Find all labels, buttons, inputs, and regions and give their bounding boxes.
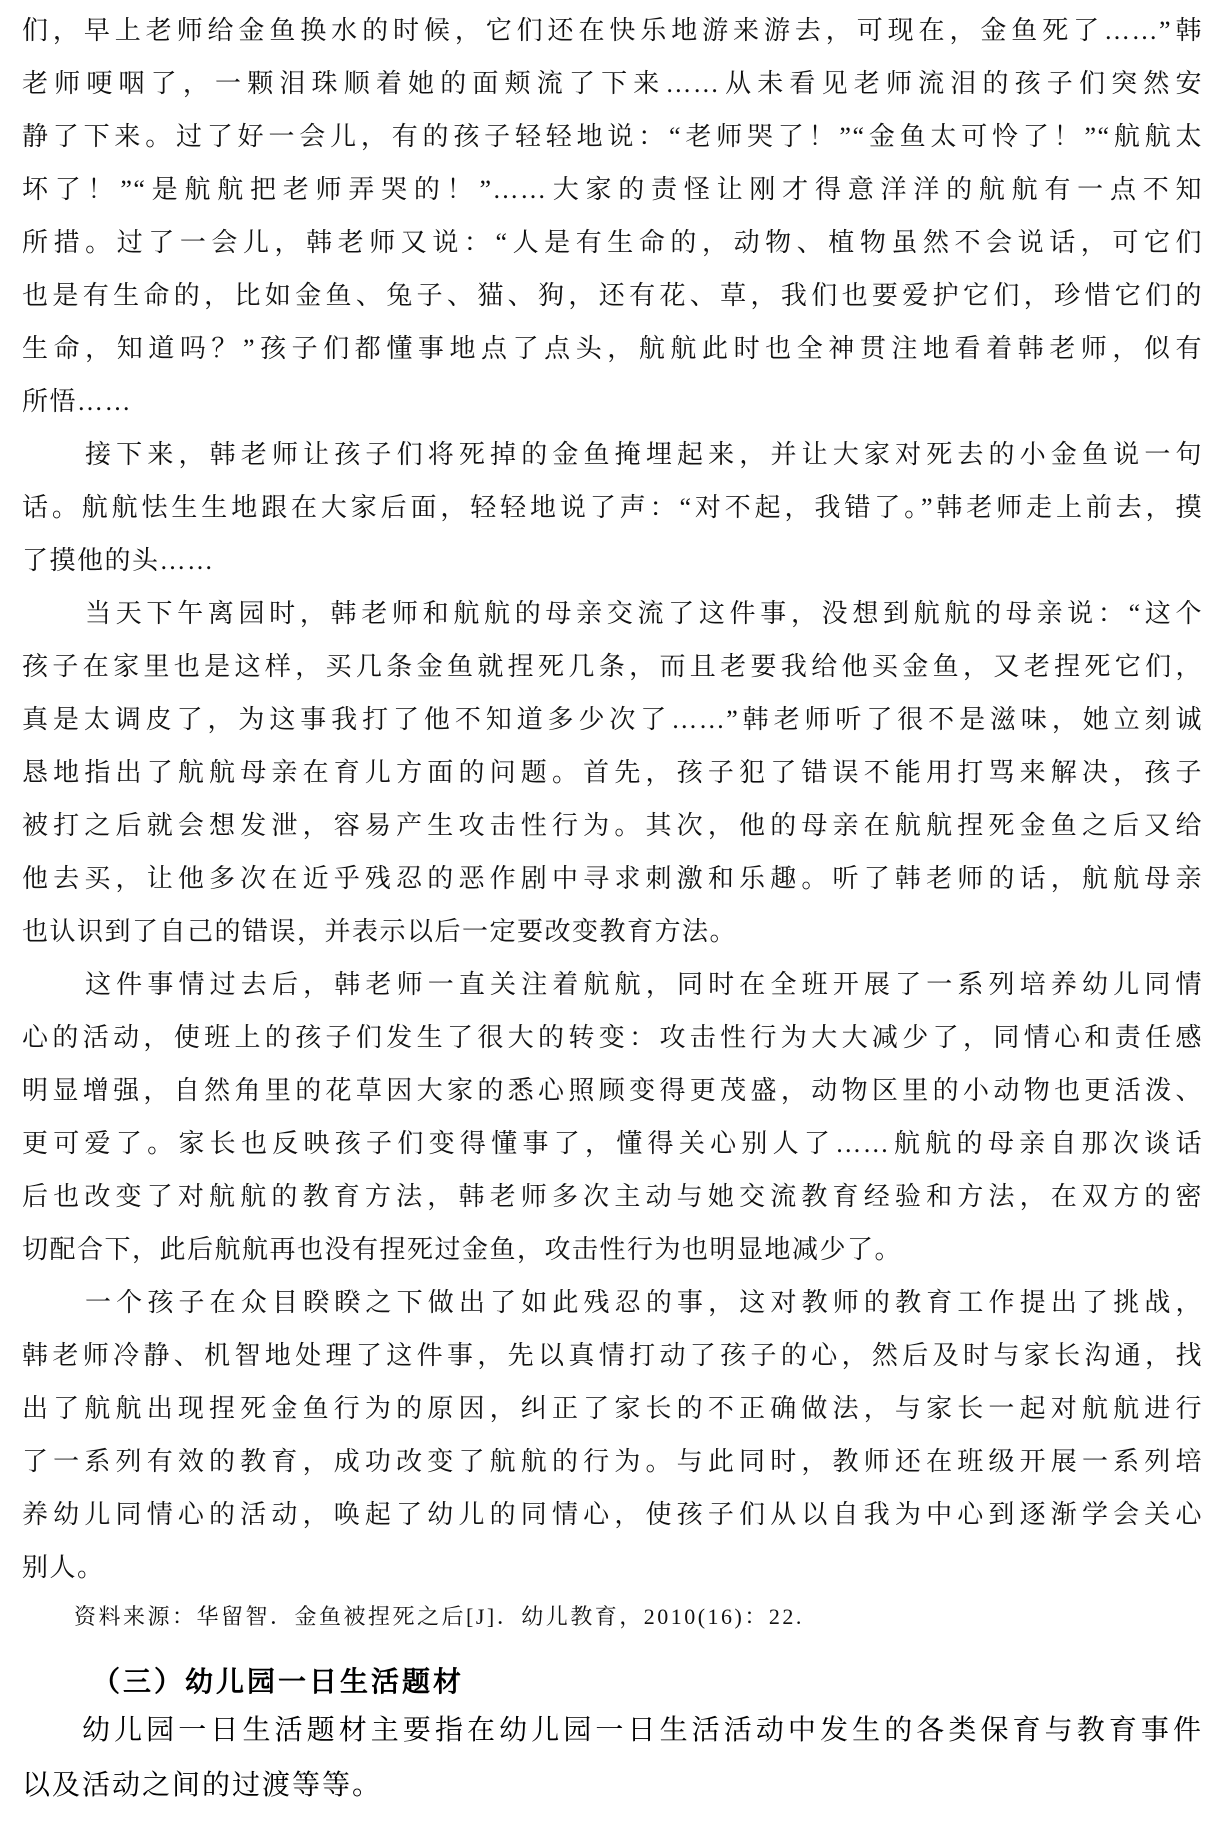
body-line: 所悟…… xyxy=(22,375,1203,428)
paragraph-4: 这件事情过去后，韩老师一直关注着航航，同时在全班开展了一系列培养幼儿同情 心的活… xyxy=(22,958,1203,1276)
body-line: 后也改变了对航航的教育方法，韩老师多次主动与她交流教育经验和方法，在双方的密 xyxy=(22,1170,1203,1223)
body-line: 了摸他的头…… xyxy=(22,534,1203,587)
body-line: 别人。 xyxy=(22,1541,1203,1594)
document-page: 们，早上老师给金鱼换水的时候，它们还在快乐地游来游去，可现在，金鱼死了……”韩 … xyxy=(0,0,1222,1825)
source-citation: 资料来源：华留智．金鱼被捏死之后[J]．幼儿教育，2010(16)：22. xyxy=(74,1590,804,1643)
body-line: 心的活动，使班上的孩子们发生了很大的转变：攻击性行为大大减少了，同情心和责任感 xyxy=(22,1011,1203,1064)
body-line: 们，早上老师给金鱼换水的时候，它们还在快乐地游来游去，可现在，金鱼死了……”韩 xyxy=(22,4,1203,57)
body-line: 接下来，韩老师让孩子们将死掉的金鱼掩埋起来，并让大家对死去的小金鱼说一句 xyxy=(22,428,1203,481)
body-line: 静了下来。过了好一会儿，有的孩子轻轻地说：“老师哭了！”“金鱼太可怜了！”“航航… xyxy=(22,110,1203,163)
body-line: 以及活动之间的过渡等等。 xyxy=(22,1758,1203,1813)
body-line: 出了航航出现捏死金鱼行为的原因，纠正了家长的不正确做法，与家长一起对航航进行 xyxy=(22,1382,1203,1435)
body-line: 坏了！”“是航航把老师弄哭的！”……大家的责怪让刚才得意洋洋的航航有一点不知 xyxy=(22,163,1203,216)
body-line: 也是有生命的，比如金鱼、兔子、猫、狗，还有花、草，我们也要爱护它们，珍惜它们的 xyxy=(22,269,1203,322)
paragraph-3: 当天下午离园时，韩老师和航航的母亲交流了这件事，没想到航航的母亲说：“这个 孩子… xyxy=(22,587,1203,958)
paragraph-1: 们，早上老师给金鱼换水的时候，它们还在快乐地游来游去，可现在，金鱼死了……”韩 … xyxy=(22,4,1203,428)
body-line: 所措。过了一会儿，韩老师又说：“人是有生命的，动物、植物虽然不会说话，可它们 xyxy=(22,216,1203,269)
body-line: 这件事情过去后，韩老师一直关注着航航，同时在全班开展了一系列培养幼儿同情 xyxy=(22,958,1203,1011)
case-study-body: 们，早上老师给金鱼换水的时候，它们还在快乐地游来游去，可现在，金鱼死了……”韩 … xyxy=(22,4,1203,1594)
paragraph-2: 接下来，韩老师让孩子们将死掉的金鱼掩埋起来，并让大家对死去的小金鱼说一句 话。航… xyxy=(22,428,1203,587)
body-line: 生命，知道吗？”孩子们都懂事地点了点头，航航此时也全神贯注地看着韩老师，似有 xyxy=(22,322,1203,375)
body-line: 也认识到了自己的错误，并表示以后一定要改变教育方法。 xyxy=(22,905,1203,958)
body-line: 养幼儿同情心的活动，唤起了幼儿的同情心，使孩子们从以自我为中心到逐渐学会关心 xyxy=(22,1488,1203,1541)
body-line: 幼儿园一日生活题材主要指在幼儿园一日生活活动中发生的各类保育与教育事件 xyxy=(22,1703,1203,1758)
section-heading: （三）幼儿园一日生活题材 xyxy=(92,1655,464,1709)
body-line: 孩子在家里也是这样，买几条金鱼就捏死几条，而且老要我给他买金鱼，又老捏死它们， xyxy=(22,640,1203,693)
paragraph-5: 一个孩子在众目睽睽之下做出了如此残忍的事，这对教师的教育工作提出了挑战， 韩老师… xyxy=(22,1276,1203,1594)
section-paragraph: 幼儿园一日生活题材主要指在幼儿园一日生活活动中发生的各类保育与教育事件 以及活动… xyxy=(22,1703,1203,1813)
body-line: 切配合下，此后航航再也没有捏死过金鱼，攻击性行为也明显地减少了。 xyxy=(22,1223,1203,1276)
body-line: 明显增强，自然角里的花草因大家的悉心照顾变得更茂盛，动物区里的小动物也更活泼、 xyxy=(22,1064,1203,1117)
body-line: 更可爱了。家长也反映孩子们变得懂事了，懂得关心别人了……航航的母亲自那次谈话 xyxy=(22,1117,1203,1170)
body-line: 韩老师冷静、机智地处理了这件事，先以真情打动了孩子的心，然后及时与家长沟通，找 xyxy=(22,1329,1203,1382)
body-line: 真是太调皮了，为这事我打了他不知道多少次了……”韩老师听了很不是滋味，她立刻诚 xyxy=(22,693,1203,746)
body-line: 他去买，让他多次在近乎残忍的恶作剧中寻求刺激和乐趣。听了韩老师的话，航航母亲 xyxy=(22,852,1203,905)
body-line: 当天下午离园时，韩老师和航航的母亲交流了这件事，没想到航航的母亲说：“这个 xyxy=(22,587,1203,640)
body-line: 恳地指出了航航母亲在育儿方面的问题。首先，孩子犯了错误不能用打骂来解决，孩子 xyxy=(22,746,1203,799)
body-line: 了一系列有效的教育，成功改变了航航的行为。与此同时，教师还在班级开展一系列培 xyxy=(22,1435,1203,1488)
body-line: 老师哽咽了，一颗泪珠顺着她的面颊流了下来……从未看见老师流泪的孩子们突然安 xyxy=(22,57,1203,110)
body-line: 被打之后就会想发泄，容易产生攻击性行为。其次，他的母亲在航航捏死金鱼之后又给 xyxy=(22,799,1203,852)
body-line: 一个孩子在众目睽睽之下做出了如此残忍的事，这对教师的教育工作提出了挑战， xyxy=(22,1276,1203,1329)
body-line: 话。航航怯生生地跟在大家后面，轻轻地说了声：“对不起，我错了。”韩老师走上前去，… xyxy=(22,481,1203,534)
